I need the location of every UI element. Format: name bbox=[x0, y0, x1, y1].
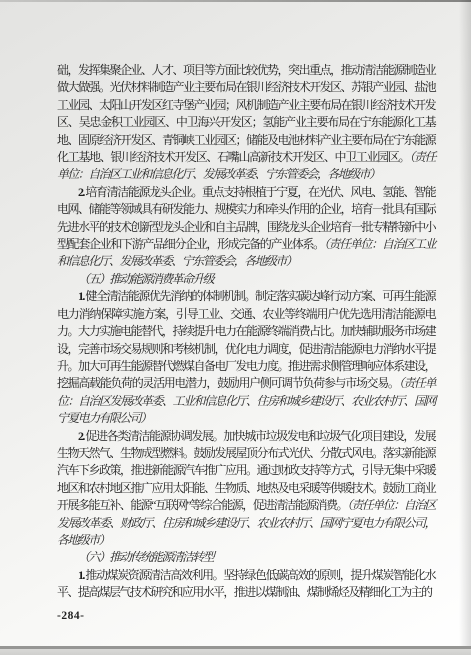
text-segment-body: 推动煤炭资源清洁高效利用。坚持绿色低碳高效的原则，提升煤炭智能化水平、提高煤层气… bbox=[57, 568, 435, 599]
page-text: 础，发挥集聚企业、人才、项目等方面比较优势，突出重点，推动清洁能源制造业做大做强… bbox=[57, 62, 435, 602]
heading-section-5: （五）推动能源消费革命升级 bbox=[57, 271, 435, 288]
scan-bottom-strip bbox=[0, 649, 471, 655]
heading-section-6: （六）推动传统能源清洁转型 bbox=[57, 549, 435, 566]
scan-right-shadow bbox=[459, 0, 471, 647]
text-segment-kai: （五）推动能源消费革命升级 bbox=[78, 272, 213, 286]
page-number: -284- bbox=[57, 610, 84, 622]
scanned-document-page: 础，发挥集聚企业、人才、项目等方面比较优势，突出重点，推动清洁能源制造业做大做强… bbox=[0, 0, 471, 655]
scan-top-edge bbox=[0, 0, 471, 2]
text-segment-body: 础，发挥集聚企业、人才、项目等方面比较优势，突出重点，推动清洁能源制造业做大做强… bbox=[57, 63, 435, 164]
para-coordinated-clean-energy-development: 2. 促进各类清洁能源协调发展。加快城市垃圾发电和垃圾气化项目建设，发展生物天然… bbox=[57, 428, 435, 550]
text-segment-body: 健全清洁能源优先消纳的体制机制。制定落实碳达峰行动方案、可再生能源电力消纳保障实… bbox=[57, 289, 435, 390]
para-clean-energy-priority-mechanism: 1. 健全清洁能源优先消纳的体制机制。制定落实碳达峰行动方案、可再生能源电力消纳… bbox=[57, 288, 435, 427]
para-cultivate-leading-enterprises: 2. 培育清洁能源龙头企业。重点支持根植于宁夏，在光伏、风电、氢能、智能电网、储… bbox=[57, 184, 435, 271]
text-segment-kai: （六）推动传统能源清洁转型 bbox=[78, 550, 213, 564]
para-coal-clean-utilization: 1. 推动煤炭资源清洁高效利用。坚持绿色低碳高效的原则，提升煤炭智能化水平、提高… bbox=[57, 567, 435, 602]
para-industry-layout: 础，发挥集聚企业、人才、项目等方面比较优势，突出重点，推动清洁能源制造业做大做强… bbox=[57, 62, 435, 184]
